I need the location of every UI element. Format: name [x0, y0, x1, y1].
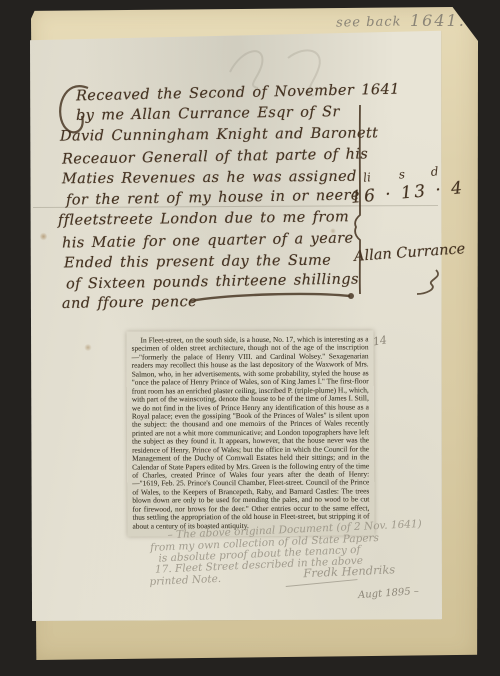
manuscript-line: Ended this present day the Sume	[64, 253, 331, 272]
signature-underline	[286, 579, 358, 592]
collector-note: – The above original Document (of 2 Nov.…	[143, 514, 477, 618]
scanned-document-photo: see back 1641. Receaved the Second of No…	[0, 0, 500, 676]
printed-clipping: In Fleet-street, on the south side, is a…	[126, 330, 374, 536]
shillings-label: s	[398, 167, 405, 181]
pence-label: d	[430, 164, 439, 179]
see-back-note: see back	[336, 14, 402, 30]
collector-note-line: printed Note.	[149, 573, 221, 588]
clipping-text: In Fleet-street, on the south side, is a…	[131, 335, 369, 530]
collector-signature: Fredk Hendriks	[303, 562, 395, 580]
pounds-label: li	[363, 170, 372, 185]
manuscript-line: and ffoure pence	[62, 294, 197, 312]
year-label: 1641.	[410, 11, 466, 30]
signature-flourish	[404, 268, 446, 298]
manuscript-line: Maties Revenues as he was assigned	[62, 169, 357, 188]
end-flourish-rule	[188, 289, 360, 305]
manuscript-line: David Cunningham Knight and Baronett	[60, 125, 379, 144]
